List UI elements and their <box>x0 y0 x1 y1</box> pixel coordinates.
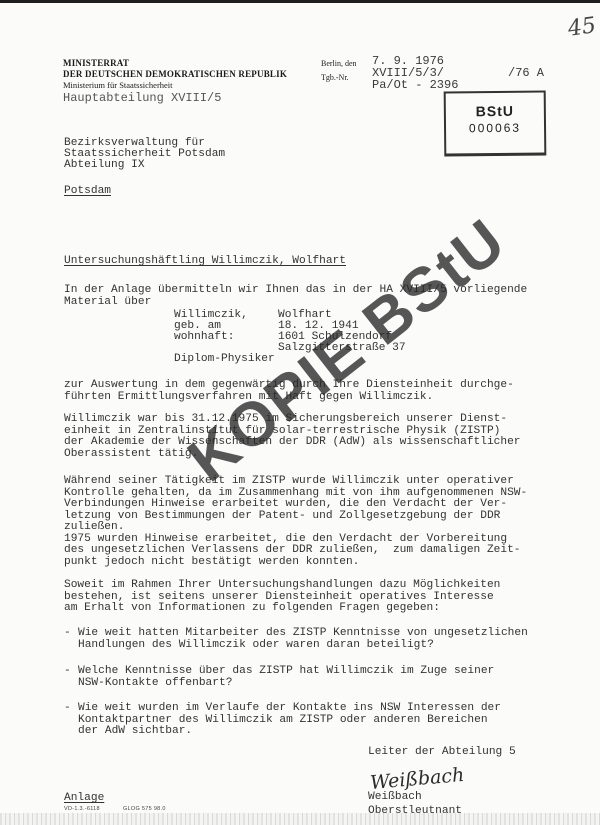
text-line: der Akademie der Wissenschaften der DDR … <box>64 437 521 449</box>
text-line: Welche Kenntnisse über das ZISTP hat Wil… <box>78 666 494 678</box>
closing-role: Leiter der Abteilung 5 <box>368 747 516 758</box>
person-label: wohnhaft: <box>174 332 278 343</box>
text-line: am Erhalt von Informationen zu folgenden… <box>64 603 500 615</box>
org-line-2: DER DEUTSCHEN DEMOKRATISCHEN REPUBLIK <box>63 69 287 80</box>
recipient-city: Potsdam <box>64 186 111 197</box>
paragraph-interest: Soweit im Rahmen Ihrer Untersuchungshand… <box>64 580 500 615</box>
journal-number-suffix: /76 A <box>508 67 544 79</box>
text-line: Wie weit wurden im Verlaufe der Kontakte… <box>78 703 501 715</box>
text-line: Soweit im Rahmen Ihrer Untersuchungshand… <box>64 580 500 592</box>
text-line: des ungesetzlichen Verlassens der DDR zu… <box>64 545 527 557</box>
text-line: Während seiner Tätigkeit im ZISTP wurde … <box>64 476 527 488</box>
form-code: VD-1.3.-6118 <box>64 806 100 812</box>
letterhead: MINISTERRAT DER DEUTSCHEN DEMOKRATISCHEN… <box>63 58 287 91</box>
text-line: punkt jedoch nicht bestätigt werden konn… <box>64 557 527 569</box>
scan-noise <box>0 813 600 825</box>
subject-line: Untersuchungshäftling Willimczik, Wolfha… <box>64 256 346 267</box>
text-line: Wie weit hatten Mitarbeiter des ZISTP Ke… <box>78 628 528 640</box>
text-line: Verbindungen Hinweise erarbeitet wurden,… <box>64 499 527 511</box>
question-1: - Wie weit hatten Mitarbeiter des ZISTP … <box>64 628 528 651</box>
scan-edge-line <box>0 0 600 3</box>
department-name: Hauptabteilung XVIII/5 <box>63 92 221 104</box>
text-line: letzung von Bestimmungen der Patent- und… <box>64 511 527 523</box>
question-3: - Wie weit wurden im Verlaufe der Kontak… <box>64 703 501 738</box>
archive-stamp: BStU 000063 <box>444 90 547 156</box>
stamp-number: 000063 <box>446 120 544 135</box>
ministry-name: Ministerium für Staatssicherheit <box>63 80 287 91</box>
stamp-title: BStU <box>446 102 544 119</box>
question-2: - Welche Kenntnisse über das ZISTP hat W… <box>64 666 494 689</box>
text-line: der AdW sichtbar. <box>78 726 501 738</box>
bullet-dash: - <box>64 666 78 689</box>
handwritten-page-number: 45 <box>566 13 597 42</box>
enclosure-note: Anlage <box>64 793 104 804</box>
org-line-1: MINISTERRAT <box>63 58 287 69</box>
bullet-dash: - <box>64 628 78 651</box>
paragraph-surveillance: Während seiner Tätigkeit im ZISTP wurde … <box>64 476 527 568</box>
text-line: zuließen. <box>64 522 527 534</box>
journal-number-line2: Pa/Ot - 2396 <box>372 79 458 91</box>
recipient-address: Bezirksverwaltung für Staatssicherheit P… <box>64 138 225 171</box>
handwritten-signature: Weißbach <box>369 764 465 794</box>
text-line: Oberassistent tätig. <box>64 449 521 461</box>
print-code: GLOG 575 98.0 <box>123 806 166 812</box>
place-label: Berlin, den <box>321 58 357 69</box>
text-line: NSW-Kontakte offenbart? <box>78 678 494 690</box>
text-line: Handlungen des Willimczik oder waren dar… <box>78 640 528 652</box>
journal-label: Tgb.-Nr. <box>321 72 349 83</box>
recipient-line: Abteilung IX <box>64 160 225 171</box>
signer-name: Weißbach <box>368 792 422 803</box>
bullet-dash: - <box>64 703 78 738</box>
